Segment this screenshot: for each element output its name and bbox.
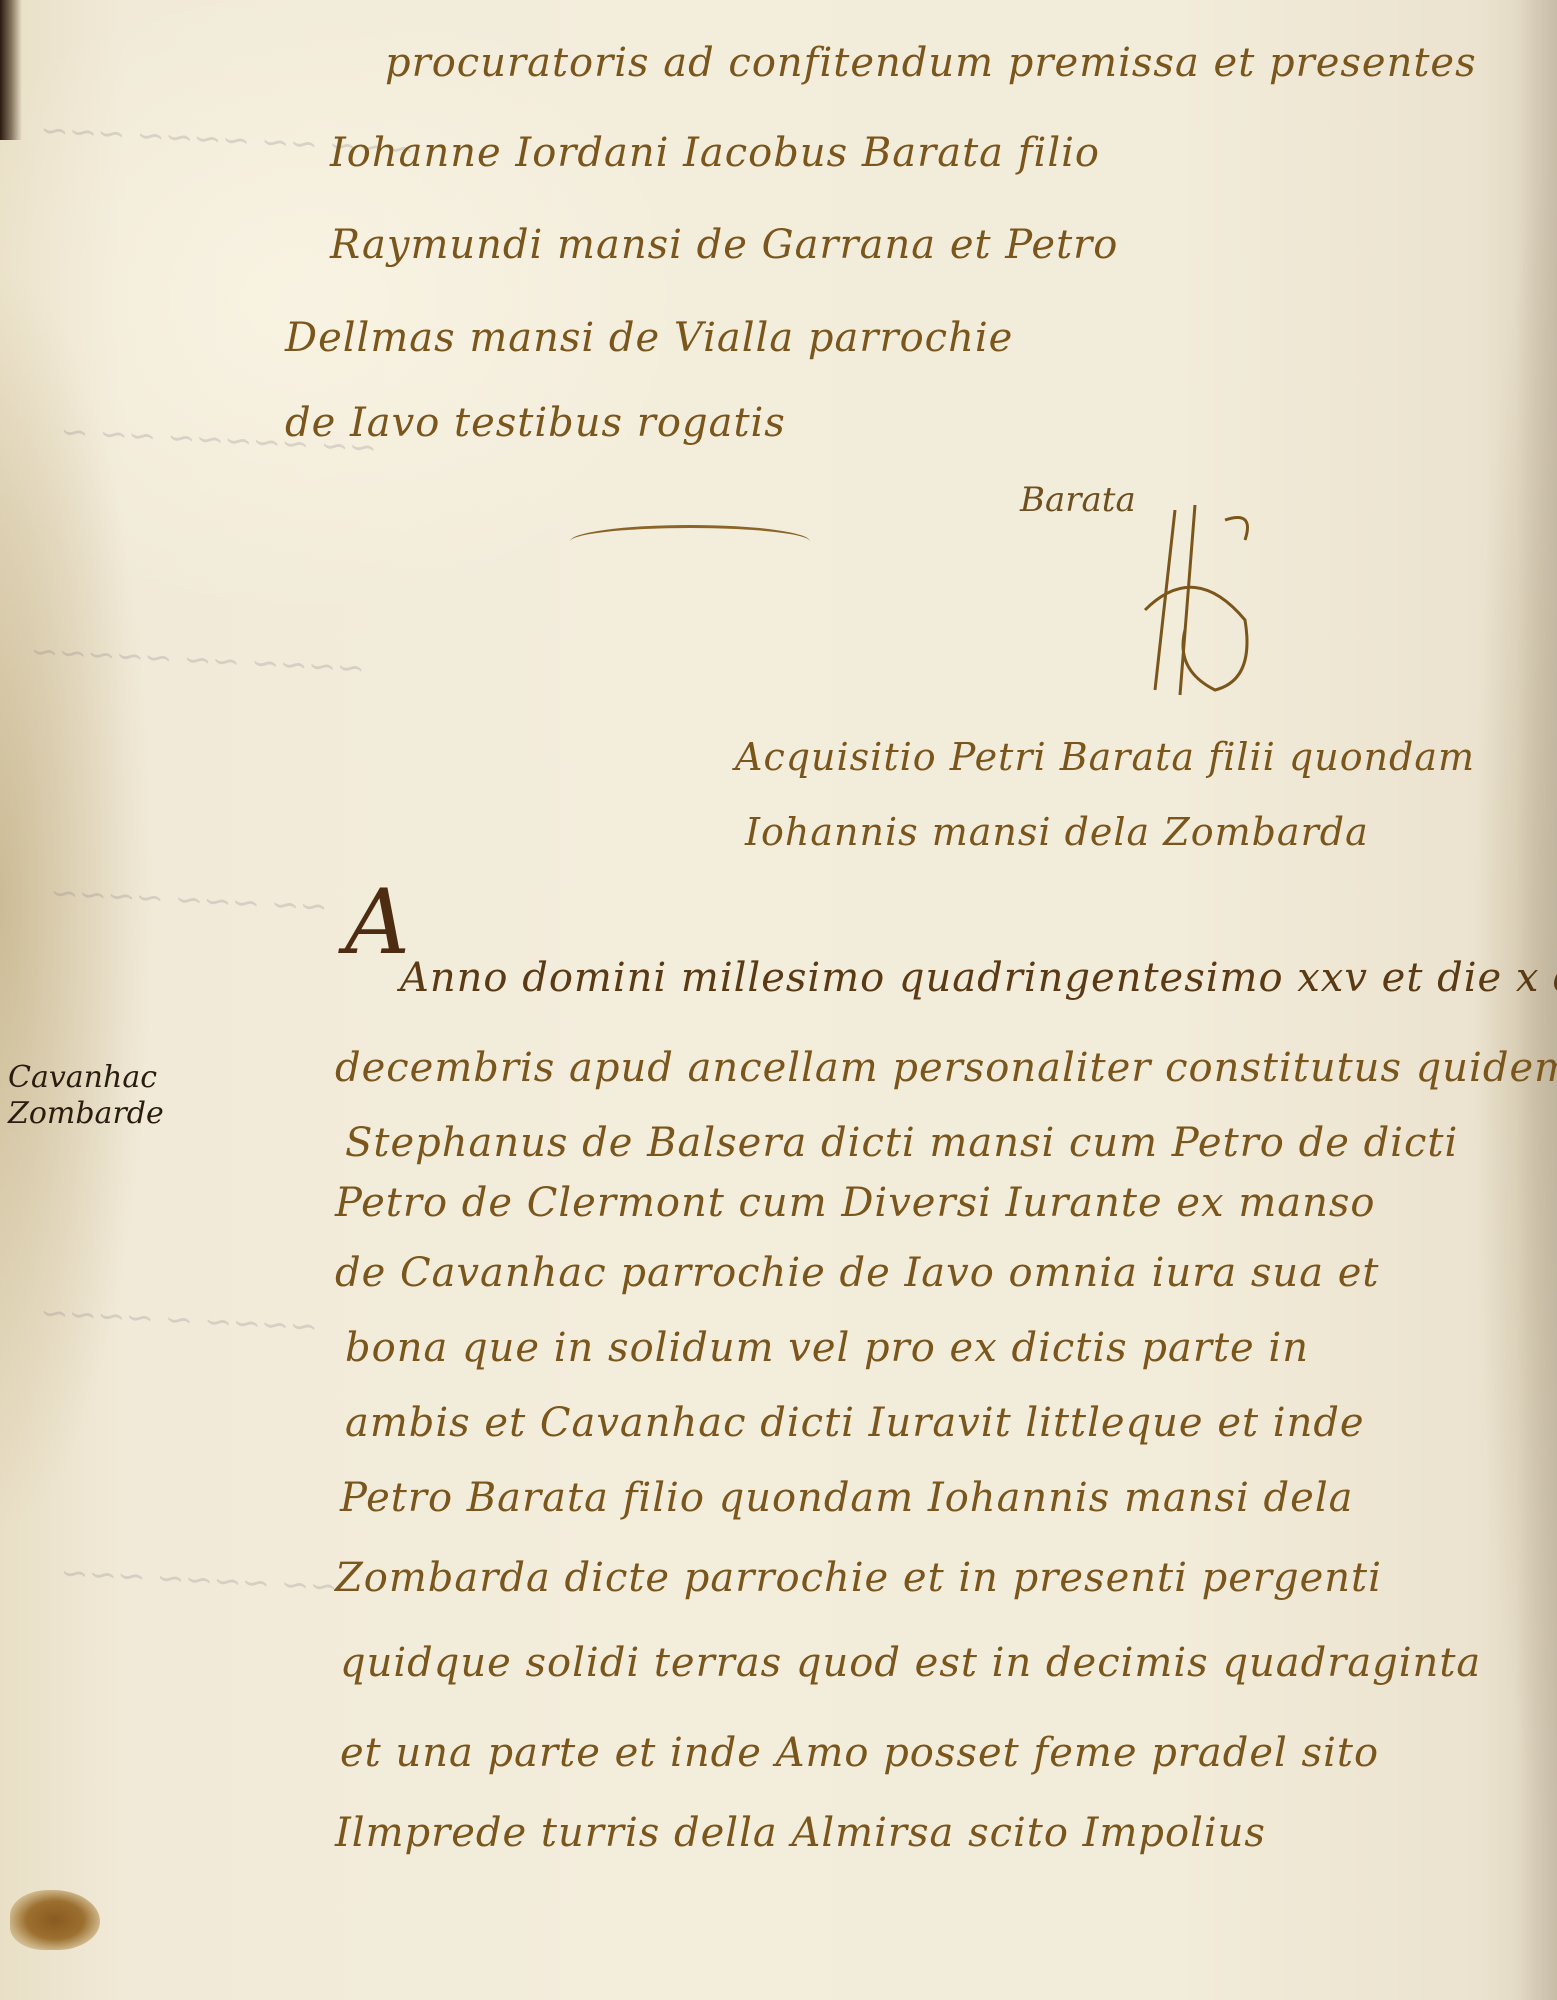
- body-line: Petro de Clermont cum Diversi Iurante ex…: [335, 1180, 1375, 1226]
- top-block-line: Iohanne Iordani Iacobus Barata filio: [330, 130, 1100, 176]
- body-line: ambis et Cavanhac dicti Iuravit littlequ…: [345, 1400, 1365, 1446]
- body-line: de Cavanhac parrochie de Iavo omnia iura…: [335, 1250, 1380, 1296]
- margin-note: Cavanhac Zombarde: [8, 1060, 164, 1132]
- body-line: Anno domini millesimo quadringentesimo x…: [400, 955, 1557, 1001]
- bleed-through-writing: ~~~~ ~~ ~~~~~: [29, 631, 366, 688]
- body-line: Petro Barata filio quondam Iohannis mans…: [340, 1475, 1353, 1521]
- bleed-through-writing: ~~ ~~~~ ~~~: [59, 1553, 339, 1607]
- signature: Barata: [1020, 480, 1136, 520]
- margin-note-line: Zombarde: [8, 1096, 164, 1132]
- manuscript-page: ~~~ ~~ ~~~~ ~~~ ~~ ~~~~~ ~~ ~ ~~~~ ~~ ~~…: [0, 0, 1557, 2000]
- body-line: bona que in solidum vel pro ex dictis pa…: [345, 1325, 1309, 1371]
- body-line: Ilmprede turris della Almirsa scito Impo…: [335, 1810, 1266, 1856]
- top-block-line: de Iavo testibus rogatis: [285, 400, 786, 446]
- body-line: quidque solidi terras quod est in decimi…: [340, 1640, 1481, 1686]
- body-line: Stephanus de Balsera dicti mansi cum Pet…: [345, 1120, 1458, 1166]
- margin-note-line: Cavanhac: [8, 1060, 164, 1096]
- binding-shadow: [0, 0, 22, 140]
- top-block-line: Dellmas mansi de Vialla parrochie: [285, 315, 1013, 361]
- notary-mark-icon: [1135, 500, 1265, 700]
- bleed-through-writing: ~~ ~~~ ~~~~: [49, 873, 329, 927]
- flourish-stroke: [570, 525, 810, 558]
- bleed-through-writing: ~~~~ ~ ~~~~: [39, 1293, 319, 1347]
- top-block-line: Raymundi mansi de Garrana et Petro: [330, 222, 1118, 268]
- ink-stain: [10, 1890, 100, 1950]
- body-line: et una parte et inde Amo posset feme pra…: [340, 1730, 1379, 1776]
- heading-line: Iohannis mansi dela Zombarda: [745, 810, 1369, 854]
- top-block-line: procuratoris ad confitendum premissa et …: [385, 40, 1477, 86]
- body-line: decembris apud ancellam personaliter con…: [335, 1045, 1557, 1091]
- heading-line: Acquisitio Petri Barata filii quondam: [735, 735, 1475, 779]
- body-line: Zombarda dicte parrochie et in presenti …: [335, 1555, 1382, 1601]
